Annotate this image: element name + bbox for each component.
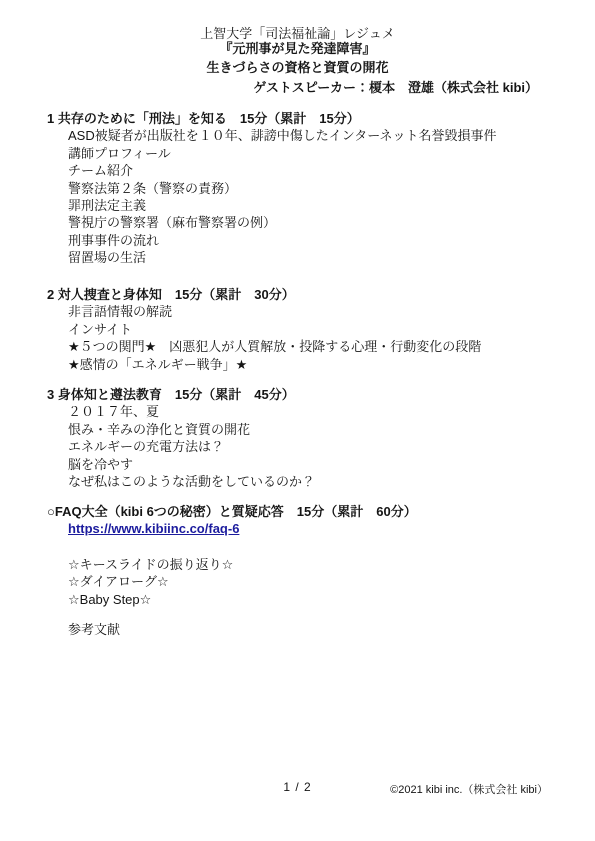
faq-link[interactable]: https://www.kibiinc.co/faq-6 [68,521,239,536]
speaker-line: ゲストスピーカー：榎本 澄雄（株式会社 kibi） [0,81,595,96]
outline-item: チーム紹介 [47,162,559,179]
outline-item: 刑事事件の流れ [47,232,559,249]
outline-item: ☆ダイアローグ☆ [47,573,559,590]
section-faq: ○FAQ大全（kibi 6つの秘密）と質疑応答 15分（累計 60分） http… [47,503,559,638]
document-title: 『元刑事が見た発達障害』 [0,42,595,57]
outline-item: ☆キースライドの振り返り☆ [47,556,559,573]
section-3: 3 身体知と遵法教育 15分（累計 45分） ２０１７年、夏 恨み・辛みの浄化と… [47,386,559,490]
spacer [47,608,559,621]
section-3-heading: 3 身体知と遵法教育 15分（累計 45分） [47,386,559,403]
faq-heading: ○FAQ大全（kibi 6つの秘密）と質疑応答 15分（累計 60分） [47,503,559,520]
section-1: 1 共存のために「刑法」を知る 15分（累計 15分） ASD被疑者が出版社を１… [47,110,559,267]
outline-item: 留置場の生活 [47,249,559,266]
outline-item: ★感情の「エネルギー戦争」★ [47,356,559,373]
outline-item: インサイト [47,321,559,338]
outline-item: なぜ私はこのような活動をしているのか？ [47,473,559,490]
document-header: 上智大学「司法福祉論」レジュメ 『元刑事が見た発達障害』 生きづらさの資格と資質… [0,27,595,95]
outline-item: 罪刑法定主義 [47,197,559,214]
document-page: 上智大学「司法福祉論」レジュメ 『元刑事が見た発達障害』 生きづらさの資格と資質… [0,0,595,841]
outline-item: エネルギーの充電方法は？ [47,438,559,455]
outline-item: 恨み・辛みの浄化と資質の開花 [47,421,559,438]
outline-item: 警視庁の警察署（麻布警察署の例） [47,214,559,231]
outline-item: ２０１７年、夏 [47,403,559,420]
course-line: 上智大学「司法福祉論」レジュメ [0,27,595,42]
outline-item: 非言語情報の解読 [47,303,559,320]
references-label: 参考文献 [47,621,559,638]
spacer [47,538,559,556]
section-2-heading: 2 対人捜査と身体知 15分（累計 30分） [47,286,559,303]
outline-item: ★５つの関門★ 凶悪犯人が人質解放・投降する心理・行動変化の段階 [47,338,559,355]
section-2: 2 対人捜査と身体知 15分（累計 30分） 非言語情報の解読 インサイト ★５… [47,286,559,373]
outline-item: ASD被疑者が出版社を１０年、誹謗中傷したインターネット名誉毀損事件 [47,127,559,144]
outline-item: 警察法第２条（警察の責務） [47,180,559,197]
section-1-heading: 1 共存のために「刑法」を知る 15分（累計 15分） [47,110,559,127]
copyright-line: ©2021 kibi inc.（株式会社 kibi） [390,781,548,797]
document-subtitle: 生きづらさの資格と資質の開花 [0,61,595,76]
outline-item: ☆Baby Step☆ [47,591,559,608]
outline-item: 脳を冷やす [47,456,559,473]
outline-item: 講師プロフィール [47,145,559,162]
